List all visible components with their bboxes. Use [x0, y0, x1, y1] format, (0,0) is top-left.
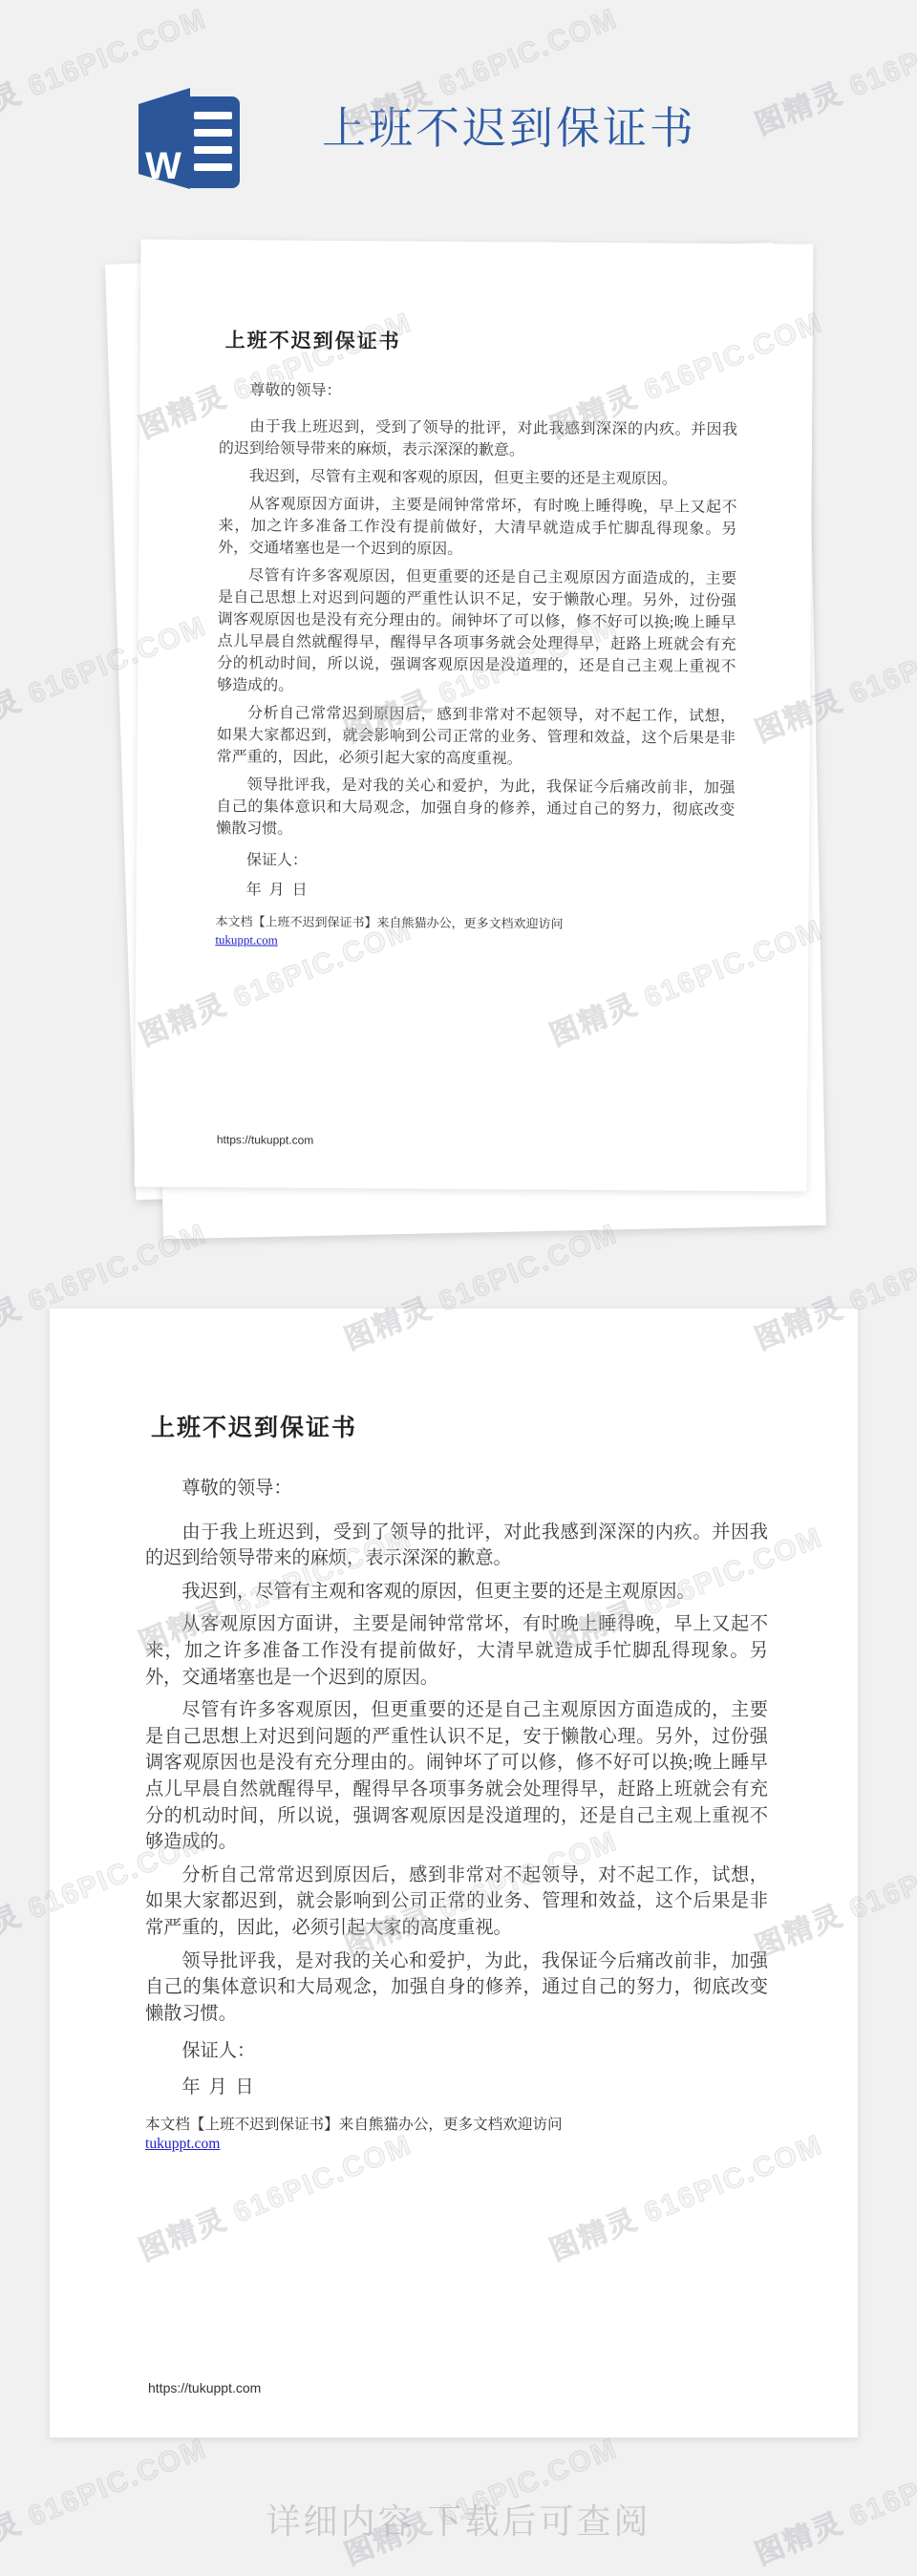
doc-page-url: https://tukuppt.com: [217, 1133, 313, 1147]
doc-paragraph: 我迟到，尽管有主观和客观的原因，但更主要的还是主观原因。: [145, 1579, 768, 1606]
doc-paragraph: 由于我上班迟到，受到了领导的批评，对此我感到深深的内疚。并因我的迟到给领导带来的…: [219, 415, 737, 463]
doc-paragraph: 由于我上班迟到，受到了领导的批评，对此我感到深深的内疚。并因我的迟到给领导带来的…: [145, 1520, 768, 1572]
template-preview-page: W 上班不迟到保证书 上班不迟到保证书 尊敬的领导： 由于我上班迟到，受到了领导…: [0, 0, 917, 2576]
doc-paragraph: 领导批评我，是对我的关心和爱护，为此，我保证今后痛改前非，加强自己的集体意识和大…: [216, 774, 735, 843]
doc-date-line: 年 月 日: [216, 879, 735, 905]
doc-source-link[interactable]: tukuppt.com: [145, 2136, 220, 2153]
doc-paragraph: 尽管有许多客观原因，但更重要的还是自己主观原因方面造成的，主要是自己思想上对迟到…: [217, 564, 736, 700]
page-title: 上班不迟到保证书: [322, 99, 696, 157]
doc-paragraph: 分析自己常常迟到原因后，感到非常对不起领导，对不起工作，试想，如果大家都迟到，就…: [145, 1863, 768, 1942]
word-icon-letter: W: [145, 145, 181, 187]
word-icon: W: [131, 81, 245, 194]
document-preview-2[interactable]: 上班不迟到保证书 尊敬的领导： 由于我上班迟到，受到了领导的批评，对此我感到深深…: [50, 1309, 858, 2438]
document-preview-1[interactable]: 上班不迟到保证书 尊敬的领导： 由于我上班迟到，受到了领导的批评，对此我感到深深…: [138, 242, 810, 1189]
doc-salutation: 尊敬的领导：: [219, 379, 737, 405]
word-icon-doc: [184, 96, 240, 188]
doc-paragraph: 从客观原因方面讲，主要是闹钟常常坏，有时晚上睡得晚，早上又起不来，加之许多准备工…: [218, 493, 736, 563]
doc-paragraph: 分析自己常常迟到原因后，感到非常对不起领导，对不起工作，试想，如果大家都迟到，就…: [217, 702, 736, 772]
doc-page-url: https://tukuppt.com: [148, 2380, 261, 2395]
doc-paragraph: 领导批评我，是对我的关心和爱护，为此，我保证今后痛改前非，加强自己的集体意识和大…: [145, 1948, 768, 2028]
document-page-1: 上班不迟到保证书 尊敬的领导： 由于我上班迟到，受到了领导的批评，对此我感到深深…: [135, 240, 814, 1192]
doc-source-note: 本文档【上班不迟到保证书】来自熊猫办公，更多文档欢迎访问: [145, 2114, 768, 2136]
watermark-text: 图精灵 616PIC.COM: [748, 0, 917, 142]
doc-paragraph: 尽管有许多客观原因，但更重要的还是自己主观原因方面造成的，主要是自己思想上对迟到…: [145, 1697, 768, 1856]
doc-signer-line: 保证人：: [216, 849, 735, 875]
doc-title: 上班不迟到保证书: [225, 326, 738, 358]
doc-source-link[interactable]: tukuppt.com: [215, 932, 277, 947]
doc-paragraph: 从客观原因方面讲，主要是闹钟常常坏，有时晚上睡得晚，早上又起不来，加之许多准备工…: [145, 1611, 768, 1691]
doc-salutation: 尊敬的领导：: [145, 1476, 768, 1502]
doc-paragraph: 我迟到，尽管有主观和客观的原因，但更主要的还是主观原因。: [219, 465, 737, 491]
detail-caption: 详细内容 下载后可查阅: [0, 2495, 917, 2544]
doc-signer-line: 保证人：: [145, 2038, 768, 2065]
doc-source-note: 本文档【上班不迟到保证书】来自熊猫办公，更多文档欢迎访问: [215, 912, 734, 935]
doc-date-line: 年 月 日: [145, 2075, 768, 2101]
doc-title: 上班不迟到保证书: [151, 1412, 768, 1446]
